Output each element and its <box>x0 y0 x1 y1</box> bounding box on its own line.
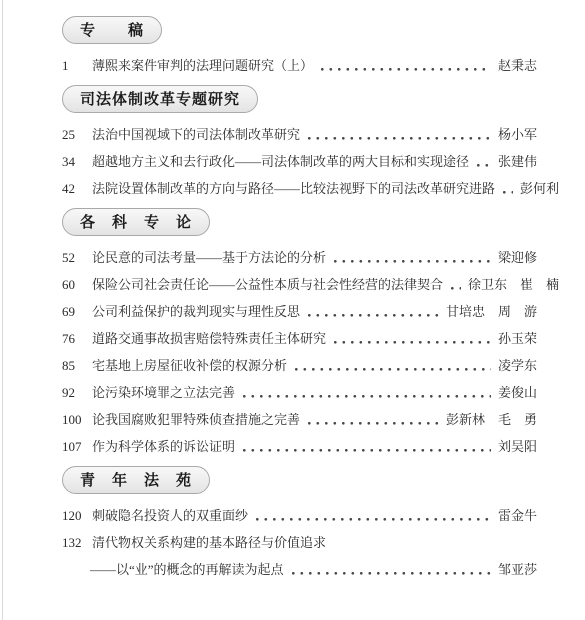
entry-authors: 凌学东 <box>498 358 537 374</box>
entry-title: 法院设置体制改革的方向与路径——比较法视野下的司法改革研究进路 <box>92 181 495 197</box>
entry-authors: 姜俊山 <box>498 385 537 401</box>
dot-leader <box>477 154 491 170</box>
page-number: 25 <box>62 127 92 143</box>
toc-entry: 76道路交通事故损害赔偿特殊责任主体研究孙玉荣 <box>62 331 537 347</box>
page-number: 132 <box>62 535 92 551</box>
toc-entry: 100论我国腐败犯罪特殊侦查措施之完善彭新林 毛 勇 <box>62 412 537 428</box>
page-number: 34 <box>62 154 92 170</box>
page-number: 69 <box>62 304 92 320</box>
toc-section: 青 年 法 苑120刺破隐名投资人的双重面纱雷金牛132清代物权关系构建的基本路… <box>62 466 537 578</box>
toc-entry: 92论污染环境罪之立法完善姜俊山 <box>62 385 537 401</box>
page-number: 52 <box>62 250 92 266</box>
toc-entry: 60保险公司社会责任论——公益性本质与社会性经营的法律契合徐卫东 崔 楠 <box>62 277 537 293</box>
dot-leader <box>308 304 439 320</box>
entry-title: 论我国腐败犯罪特殊侦查措施之完善 <box>92 412 300 428</box>
toc-section: 各 科 专 论52论民意的司法考量——基于方法论的分析梁迎修60保险公司社会责任… <box>62 208 537 455</box>
dot-leader <box>503 181 513 197</box>
entry-title: 刺破隐名投资人的双重面纱 <box>92 508 248 524</box>
entry-authors: 刘吴阳 <box>498 439 537 455</box>
entry-title: 宅基地上房屋征收补偿的权源分析 <box>92 358 287 374</box>
dot-leader <box>321 58 491 74</box>
section-header-pill: 司法体制改革专题研究 <box>62 85 258 113</box>
page-edge-line <box>2 0 3 620</box>
entry-title: 公司利益保护的裁判现实与理性反思 <box>92 304 300 320</box>
toc-entry: ——以“业”的概念的再解读为起点邹亚莎 <box>62 562 537 578</box>
entry-authors: 徐卫东 崔 楠 <box>468 277 559 293</box>
page-number: 76 <box>62 331 92 347</box>
toc-entry: 25法治中国视域下的司法体制改革研究杨小军 <box>62 127 537 143</box>
dot-leader <box>334 331 491 347</box>
entry-title: 保险公司社会责任论——公益性本质与社会性经营的法律契合 <box>92 277 443 293</box>
entry-title: 法治中国视域下的司法体制改革研究 <box>92 127 300 143</box>
dot-leader <box>308 127 491 143</box>
entry-title: 薄熙来案件审判的法理问题研究（上） <box>92 58 313 74</box>
section-header-pill: 专 稿 <box>62 16 162 44</box>
page-number: 100 <box>62 412 92 428</box>
toc-entry: 34超越地方主义和去行政化——司法体制改革的两大目标和实现途径张建伟 <box>62 154 537 170</box>
toc-page: 专 稿1薄熙来案件审判的法理问题研究（上）赵秉志司法体制改革专题研究25法治中国… <box>0 0 585 620</box>
entry-title: 论污染环境罪之立法完善 <box>92 385 235 401</box>
entry-title: 论民意的司法考量——基于方法论的分析 <box>92 250 326 266</box>
dot-leader <box>243 385 491 401</box>
entry-authors: 杨小军 <box>498 127 537 143</box>
page-number: 92 <box>62 385 92 401</box>
entry-authors: 孙玉荣 <box>498 331 537 347</box>
section-header-pill: 青 年 法 苑 <box>62 466 210 494</box>
toc-section: 司法体制改革专题研究25法治中国视域下的司法体制改革研究杨小军34超越地方主义和… <box>62 85 537 197</box>
toc-entry: 120刺破隐名投资人的双重面纱雷金牛 <box>62 508 537 524</box>
page-number: 1 <box>62 58 92 74</box>
dot-leader <box>292 562 491 578</box>
toc-entry: 69公司利益保护的裁判现实与理性反思甘培忠 周 游 <box>62 304 537 320</box>
entry-authors: 甘培忠 周 游 <box>446 304 537 320</box>
toc-entry: 42法院设置体制改革的方向与路径——比较法视野下的司法改革研究进路彭何利 <box>62 181 537 197</box>
entry-title: ——以“业”的概念的再解读为起点 <box>90 562 284 578</box>
entry-title: 作为科学体系的诉讼证明 <box>92 439 235 455</box>
entry-authors: 彭何利 <box>520 181 559 197</box>
page-number: 85 <box>62 358 92 374</box>
toc-entry: 52论民意的司法考量——基于方法论的分析梁迎修 <box>62 250 537 266</box>
dot-leader <box>308 412 439 428</box>
toc-entry: 132清代物权关系构建的基本路径与价值追求邹亚莎 <box>62 535 537 551</box>
entry-title: 清代物权关系构建的基本路径与价值追求 <box>92 535 326 551</box>
toc-sections: 专 稿1薄熙来案件审判的法理问题研究（上）赵秉志司法体制改革专题研究25法治中国… <box>62 16 537 578</box>
entry-authors: 张建伟 <box>498 154 537 170</box>
toc-section: 专 稿1薄熙来案件审判的法理问题研究（上）赵秉志 <box>62 16 537 74</box>
entry-title: 道路交通事故损害赔偿特殊责任主体研究 <box>92 331 326 347</box>
toc-entry: 85宅基地上房屋征收补偿的权源分析凌学东 <box>62 358 537 374</box>
toc-entry: 107作为科学体系的诉讼证明刘吴阳 <box>62 439 537 455</box>
dot-leader <box>334 250 491 266</box>
entry-authors: 梁迎修 <box>498 250 537 266</box>
entry-authors: 赵秉志 <box>498 58 537 74</box>
toc-entry: 1薄熙来案件审判的法理问题研究（上）赵秉志 <box>62 58 537 74</box>
page-number: 120 <box>62 508 92 524</box>
page-number: 60 <box>62 277 92 293</box>
dot-leader <box>451 277 461 293</box>
page-number: 107 <box>62 439 92 455</box>
page-number: 42 <box>62 181 92 197</box>
entry-authors: 彭新林 毛 勇 <box>446 412 537 428</box>
section-header-pill: 各 科 专 论 <box>62 208 210 236</box>
entry-authors: 邹亚莎 <box>498 562 537 578</box>
dot-leader <box>256 508 491 524</box>
dot-leader <box>295 358 491 374</box>
dot-leader <box>243 439 491 455</box>
entry-authors: 雷金牛 <box>498 508 537 524</box>
entry-title: 超越地方主义和去行政化——司法体制改革的两大目标和实现途径 <box>92 154 469 170</box>
